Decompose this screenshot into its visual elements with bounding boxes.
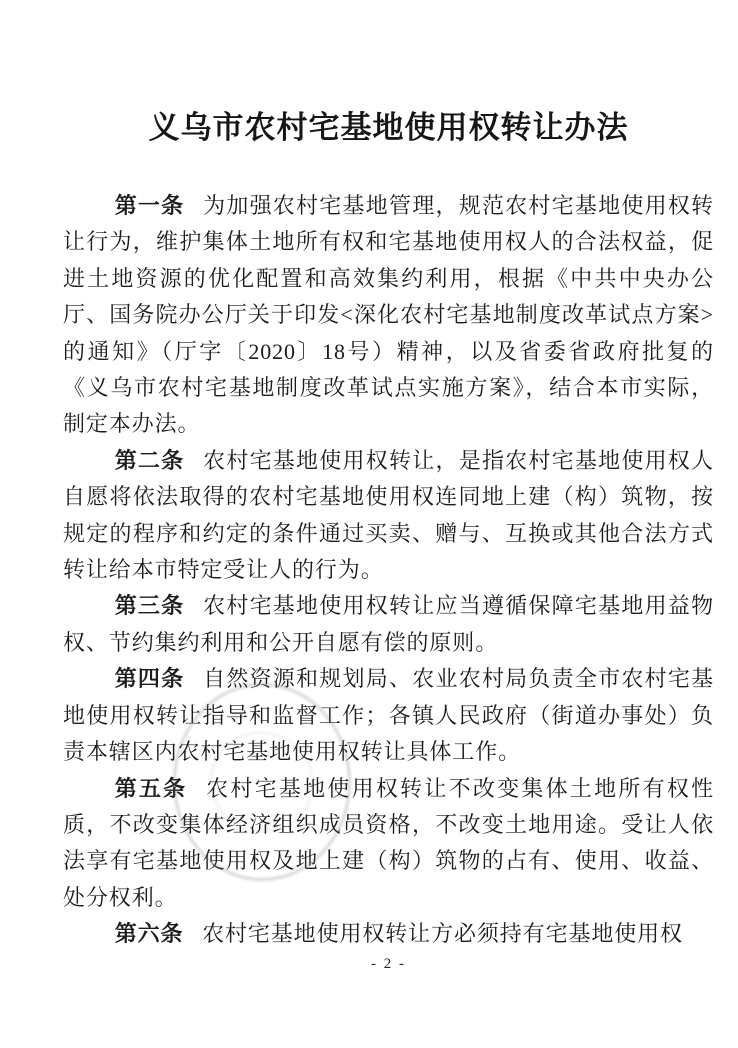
article-text: 农村宅基地使用权转让方必须持有宅基地使用权	[202, 921, 683, 946]
article-label: 第五条	[115, 776, 188, 801]
article-label: 第六条	[115, 921, 184, 946]
article-paragraph: 第二条农村宅基地使用权转让，是指农村宅基地使用权人自愿将依法取得的农村宅基地使用…	[63, 443, 714, 589]
document-page: 义乌市农村宅基地使用权转让办法 第一条为加强农村宅基地管理，规范农村宅基地使用权…	[0, 0, 738, 1048]
article-paragraph: 第五条农村宅基地使用权转让不改变集体土地所有权性质，不改变集体经济组织成员资格，…	[63, 771, 714, 917]
article-text: 为加强农村宅基地管理，规范农村宅基地使用权转让行为，维护集体土地所有权和宅基地使…	[63, 193, 714, 436]
article-label: 第三条	[115, 593, 185, 618]
page-number: - 2 -	[63, 956, 714, 973]
article-paragraph: 第三条农村宅基地使用权转让应当遵循保障宅基地用益物权、节约集约利用和公开自愿有偿…	[63, 588, 714, 661]
article-paragraph: 第四条自然资源和规划局、农业农村局负责全市农村宅基地使用权转让指导和监督工作；各…	[63, 661, 714, 770]
document-title: 义乌市农村宅基地使用权转让办法	[63, 102, 714, 147]
article-paragraph: 第六条农村宅基地使用权转让方必须持有宅基地使用权	[63, 916, 714, 952]
article-label: 第二条	[115, 448, 185, 473]
article-label: 第一条	[115, 193, 185, 218]
document-body: 第一条为加强农村宅基地管理，规范农村宅基地使用权转让行为，维护集体土地所有权和宅…	[63, 188, 714, 953]
article-paragraph: 第一条为加强农村宅基地管理，规范农村宅基地使用权转让行为，维护集体土地所有权和宅…	[63, 188, 714, 443]
article-label: 第四条	[115, 666, 185, 691]
